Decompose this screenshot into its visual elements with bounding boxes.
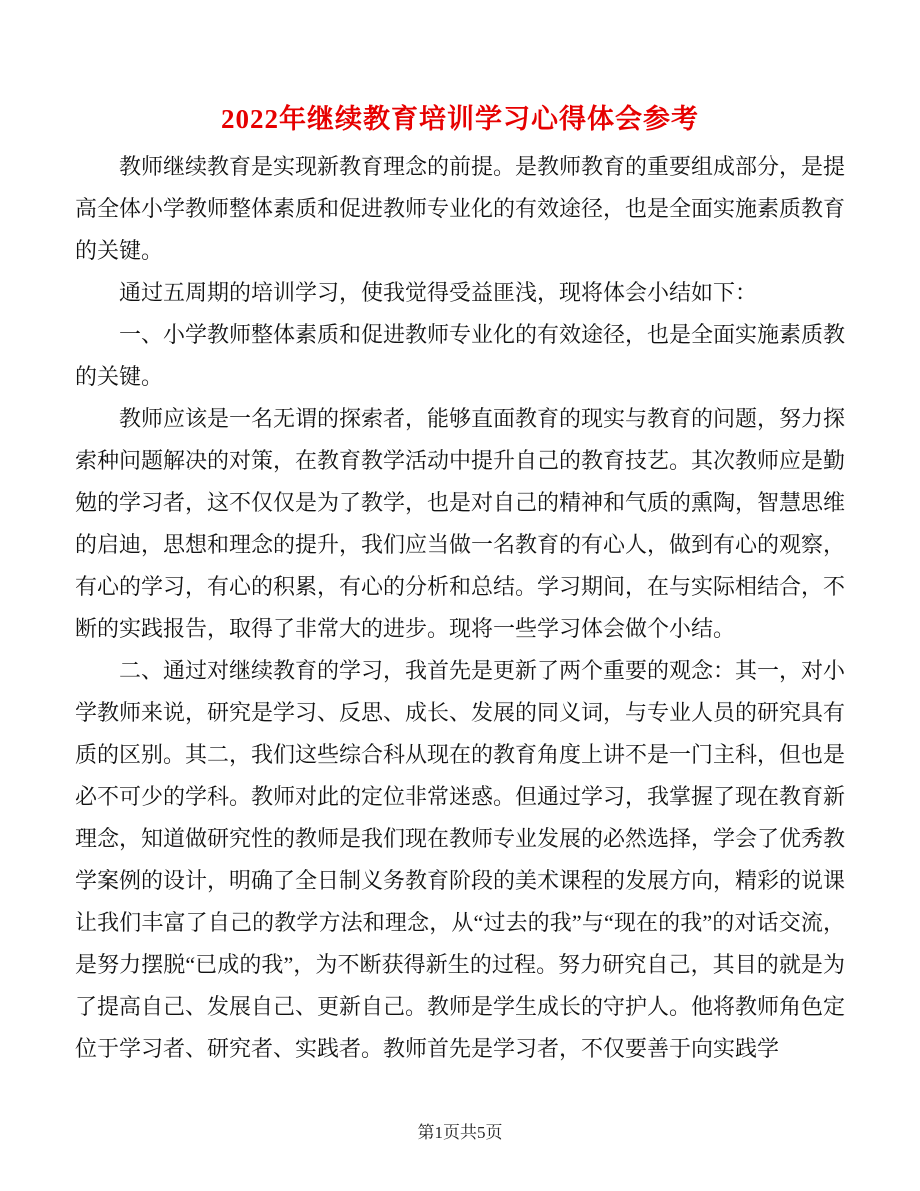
paragraph-point-two: 二、通过对继续教育的学习，我首先是更新了两个重要的观念：其一，对小学教师来说，研… <box>75 650 845 1070</box>
paragraph-summary-lead: 通过五周期的培训学习，使我觉得受益匪浅，现将体会小结如下： <box>75 272 845 314</box>
paragraph-intro: 教师继续教育是实现新教育理念的前提。是教师教育的重要组成部分，是提高全体小学教师… <box>75 146 845 272</box>
document-page: 2022年继续教育培训学习心得体会参考 教师继续教育是实现新教育理念的前提。是教… <box>0 0 920 1191</box>
document-title: 2022年继续教育培训学习心得体会参考 <box>75 97 845 141</box>
document-body: 教师继续教育是实现新教育理念的前提。是教师教育的重要组成部分，是提高全体小学教师… <box>75 146 845 1070</box>
paragraph-explorer: 教师应该是一名无谓的探索者，能够直面教育的现实与教育的问题，努力探索种问题解决的… <box>75 398 845 650</box>
page-number: 第1页共5页 <box>418 1123 503 1142</box>
paragraph-point-one: 一、小学教师整体素质和促进教师专业化的有效途径，也是全面实施素质教的关键。 <box>75 314 845 398</box>
page-footer: 第1页共5页 <box>0 1118 920 1143</box>
